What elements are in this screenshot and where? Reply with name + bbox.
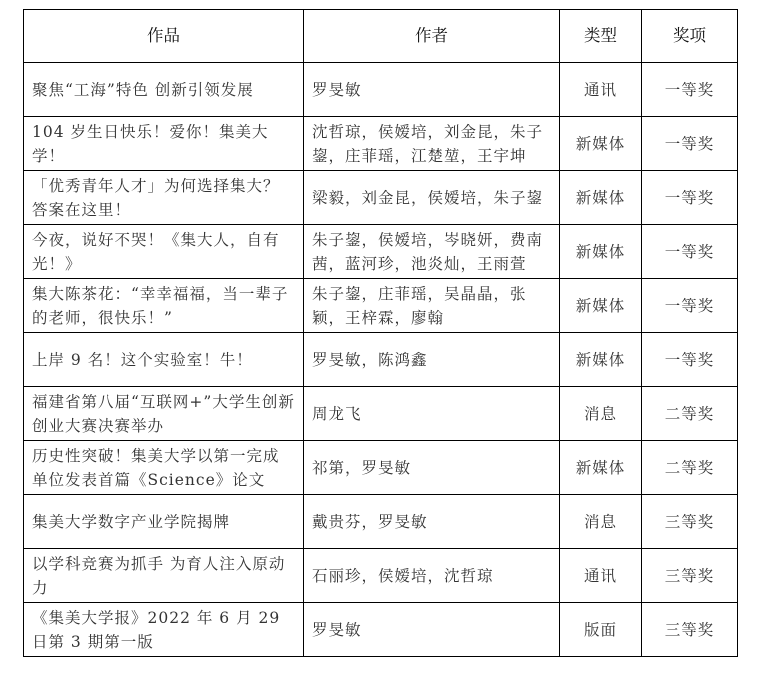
cell-authors: 朱子鋆，庄菲瑶，吴晶晶，张颖，王梓霖，廖翰 [304,279,560,333]
cell-title: 聚焦“工海”特色 创新引领发展 [24,63,304,117]
cell-authors: 朱子鋆，侯嫒培，岑晓妍，费南茜，蓝河珍，池炎灿，王雨萱 [304,225,560,279]
table-row: 历史性突破！集美大学以第一完成单位发表首篇《Science》论文 祁第，罗旻敏 … [24,441,738,495]
table-row: 今夜，说好不哭！《集大人，自有光！》 朱子鋆，侯嫒培，岑晓妍，费南茜，蓝河珍，池… [24,225,738,279]
cell-authors: 罗旻敏，陈鸿鑫 [304,333,560,387]
cell-type: 新媒体 [560,171,642,225]
cell-type: 消息 [560,495,642,549]
header-award: 奖项 [642,10,738,63]
cell-authors: 石丽珍，侯嫒培，沈哲琼 [304,549,560,603]
cell-title: 《集美大学报》2022 年 6 月 29 日第 3 期第一版 [24,603,304,657]
cell-award: 二等奖 [642,387,738,441]
cell-award: 二等奖 [642,441,738,495]
table-row: 以学科竞赛为抓手 为育人注入原动力 石丽珍，侯嫒培，沈哲琼 通讯 三等奖 [24,549,738,603]
cell-award: 一等奖 [642,117,738,171]
cell-title: 104 岁生日快乐！爱你！集美大学！ [24,117,304,171]
cell-award: 一等奖 [642,333,738,387]
cell-title: 历史性突破！集美大学以第一完成单位发表首篇《Science》论文 [24,441,304,495]
cell-authors: 沈哲琼，侯嫒培，刘金昆，朱子鋆，庄菲瑶，江楚堃，王宇坤 [304,117,560,171]
table-row: 《集美大学报》2022 年 6 月 29 日第 3 期第一版 罗旻敏 版面 三等… [24,603,738,657]
cell-title: 集美大学数字产业学院揭牌 [24,495,304,549]
cell-authors: 罗旻敏 [304,603,560,657]
table-row: 上岸 9 名！这个实验室！牛！ 罗旻敏，陈鸿鑫 新媒体 一等奖 [24,333,738,387]
cell-type: 通讯 [560,549,642,603]
cell-award: 一等奖 [642,225,738,279]
cell-award: 三等奖 [642,603,738,657]
cell-title: 今夜，说好不哭！《集大人，自有光！》 [24,225,304,279]
cell-type: 新媒体 [560,333,642,387]
cell-authors: 罗旻敏 [304,63,560,117]
cell-title: 集大陈茶花：“幸幸福福，当一辈子的老师，很快乐！” [24,279,304,333]
header-title: 作品 [24,10,304,63]
table-row: 104 岁生日快乐！爱你！集美大学！ 沈哲琼，侯嫒培，刘金昆，朱子鋆，庄菲瑶，江… [24,117,738,171]
cell-title: 「优秀青年人才」为何选择集大？答案在这里！ [24,171,304,225]
cell-type: 通讯 [560,63,642,117]
cell-authors: 祁第，罗旻敏 [304,441,560,495]
cell-award: 一等奖 [642,279,738,333]
table-row: 集美大学数字产业学院揭牌 戴贵芬，罗旻敏 消息 三等奖 [24,495,738,549]
cell-type: 新媒体 [560,225,642,279]
header-type: 类型 [560,10,642,63]
cell-title: 福建省第八届“互联网+”大学生创新创业大赛决赛举办 [24,387,304,441]
awards-table: 作品 作者 类型 奖项 聚焦“工海”特色 创新引领发展 罗旻敏 通讯 一等奖 1… [23,9,738,657]
cell-title: 以学科竞赛为抓手 为育人注入原动力 [24,549,304,603]
cell-award: 一等奖 [642,63,738,117]
table-row: 福建省第八届“互联网+”大学生创新创业大赛决赛举办 周龙飞 消息 二等奖 [24,387,738,441]
cell-type: 消息 [560,387,642,441]
table-row: 集大陈茶花：“幸幸福福，当一辈子的老师，很快乐！” 朱子鋆，庄菲瑶，吴晶晶，张颖… [24,279,738,333]
cell-type: 新媒体 [560,117,642,171]
table-row: 「优秀青年人才」为何选择集大？答案在这里！ 梁毅，刘金昆，侯嫒培，朱子鋆 新媒体… [24,171,738,225]
cell-authors: 戴贵芬，罗旻敏 [304,495,560,549]
table-row: 聚焦“工海”特色 创新引领发展 罗旻敏 通讯 一等奖 [24,63,738,117]
cell-type: 新媒体 [560,441,642,495]
header-row: 作品 作者 类型 奖项 [24,10,738,63]
cell-award: 三等奖 [642,549,738,603]
cell-award: 一等奖 [642,171,738,225]
cell-type: 版面 [560,603,642,657]
cell-type: 新媒体 [560,279,642,333]
cell-award: 三等奖 [642,495,738,549]
cell-authors: 周龙飞 [304,387,560,441]
header-authors: 作者 [304,10,560,63]
cell-title: 上岸 9 名！这个实验室！牛！ [24,333,304,387]
cell-authors: 梁毅，刘金昆，侯嫒培，朱子鋆 [304,171,560,225]
